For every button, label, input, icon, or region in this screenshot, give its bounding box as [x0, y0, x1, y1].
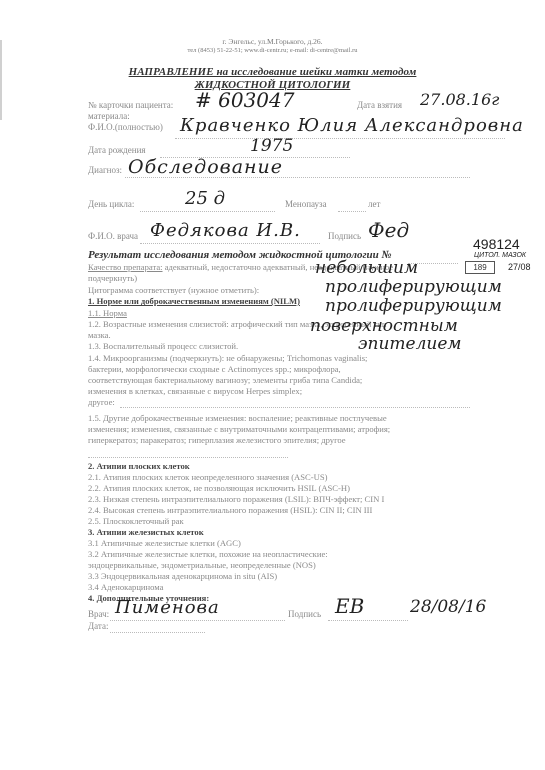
- result-date-label: Дата:: [88, 621, 108, 631]
- sample-date-label: Дата взятия: [357, 100, 402, 110]
- section1-item: 1.4. Микроорганизмы (подчеркнуть): не об…: [88, 353, 367, 363]
- menopause-suffix: лет: [368, 199, 380, 209]
- signature-label: Подпись: [328, 231, 361, 241]
- section2-title: 2. Атипии плоских клеток: [88, 461, 190, 471]
- clinic-contacts: тел (8453) 51-22-51; www.di-centr.ru; e-…: [0, 47, 545, 54]
- section2-item: 2.1. Атипия плоских клеток неопределенно…: [88, 472, 327, 482]
- section1-item: изменения; изменения, связанные с внутри…: [88, 424, 390, 434]
- section1-item: изменения в клетках, связанные с вирусом…: [88, 386, 302, 396]
- section-divider: [88, 456, 288, 458]
- form-title-line1: НАПРАВЛЕНИЕ на исследование шейки матки …: [0, 66, 545, 78]
- quality-label: Качество препарата:: [88, 262, 163, 272]
- patient-name-value: Кравченко Юлия Александровна: [180, 115, 524, 136]
- result-signature-line: [328, 619, 408, 621]
- section3-item: 3.4 Аденокарцинома: [88, 582, 163, 592]
- section2-item: 2.2. Атипия плоских клеток, не позволяющ…: [88, 483, 350, 493]
- result-doctor-line: [110, 619, 285, 621]
- handwritten-note-line: пролиферирующим: [325, 277, 502, 297]
- lab-stamp-date: 27/08: [508, 262, 531, 272]
- section2-item: 2.3. Низкая степень интраэпителиального …: [88, 494, 384, 504]
- doctor-label: Ф.И.О. врача: [88, 231, 138, 241]
- signature-value: Фед: [368, 218, 409, 242]
- section3-item: эндоцервикальные, эндометриальные, неопр…: [88, 560, 316, 570]
- material-label: материала:: [88, 111, 130, 121]
- section1-item: 1.1. Норма: [88, 308, 127, 318]
- result-doctor-value: Пименова: [115, 597, 220, 618]
- section3-item: 3.2 Атипичные железистые клетки, похожие…: [88, 549, 328, 559]
- lab-stamp-number: 498124: [473, 236, 520, 252]
- card-number-value: # 603047: [195, 88, 294, 112]
- diagnosis-value: Обследование: [128, 156, 283, 178]
- result-date-line: [110, 631, 205, 633]
- lab-stamp-type: ЦИТОЛ. МАЗОК: [474, 252, 526, 259]
- doctor-value: Федякова И.В.: [150, 220, 301, 241]
- lab-box-number: 189: [465, 261, 495, 274]
- clinic-address: г. Энгельс, ул.М.Горького, д.26.: [0, 37, 545, 46]
- sample-date-value: 27.08.16г: [420, 90, 499, 109]
- section1-item: другое:: [88, 397, 115, 407]
- patient-name-line: [175, 137, 505, 139]
- menopause-label: Менопауза: [285, 199, 327, 209]
- section3-item: 3.1 Атипичные железистые клетки (AGC): [88, 538, 241, 548]
- birth-date-label: Дата рождения: [88, 145, 146, 155]
- doctor-line: [140, 242, 320, 244]
- diagnosis-label: Диагноз:: [88, 165, 122, 175]
- section2-item: 2.4. Высокая степень интраэпителиального…: [88, 505, 372, 515]
- cycle-day-label: День цикла:: [88, 199, 134, 209]
- birth-date-value: 1975: [250, 136, 293, 156]
- section1-item: бактерии, морфологически сходные с Actin…: [88, 364, 341, 374]
- handwritten-note-line: небольшим: [315, 258, 418, 278]
- cycle-day-value: 25 д: [185, 188, 225, 209]
- other-line: [120, 406, 470, 408]
- handwritten-note-line: пролиферирующим: [325, 296, 502, 316]
- handwritten-note-line: эпителием: [358, 334, 462, 354]
- section1-item: мазка.: [88, 330, 111, 340]
- cycle-day-line: [140, 210, 275, 212]
- section1-item: гиперкератоз; паракератоз; гиперплазия ж…: [88, 435, 346, 445]
- section1-item: 1.5. Другие доброкачественные изменения:…: [88, 413, 387, 423]
- quality-cont: подчеркнуть): [88, 273, 137, 283]
- handwritten-note-line: поверхностным: [310, 316, 458, 336]
- section3-title: 3. Атипии железистых клеток: [88, 527, 204, 537]
- card-number-label: № карточки пациента:: [88, 100, 173, 110]
- section3-item: 3.3 Эндоцервикальная аденокарцинома in s…: [88, 571, 277, 581]
- result-date-value: 28/08/16: [410, 597, 486, 617]
- section1-item: соответствующая бактериальному вагинозу;…: [88, 375, 362, 385]
- section2-item: 2.5. Плоскоклеточный рак: [88, 516, 184, 526]
- section1-item: 1.3. Воспалительный процесс слизистой.: [88, 341, 238, 351]
- result-signature-value: ЕВ: [335, 594, 364, 618]
- cytogram-label: Цитограмма соответствует (нужное отметит…: [88, 285, 259, 295]
- menopause-line: [338, 210, 366, 212]
- patient-name-label: Ф.И.О.(полностью): [88, 122, 163, 132]
- result-doctor-label: Врач:: [88, 609, 109, 619]
- section1-title: 1. Норме или доброкачественным изменения…: [88, 296, 300, 306]
- result-signature-label: Подпись: [288, 609, 321, 619]
